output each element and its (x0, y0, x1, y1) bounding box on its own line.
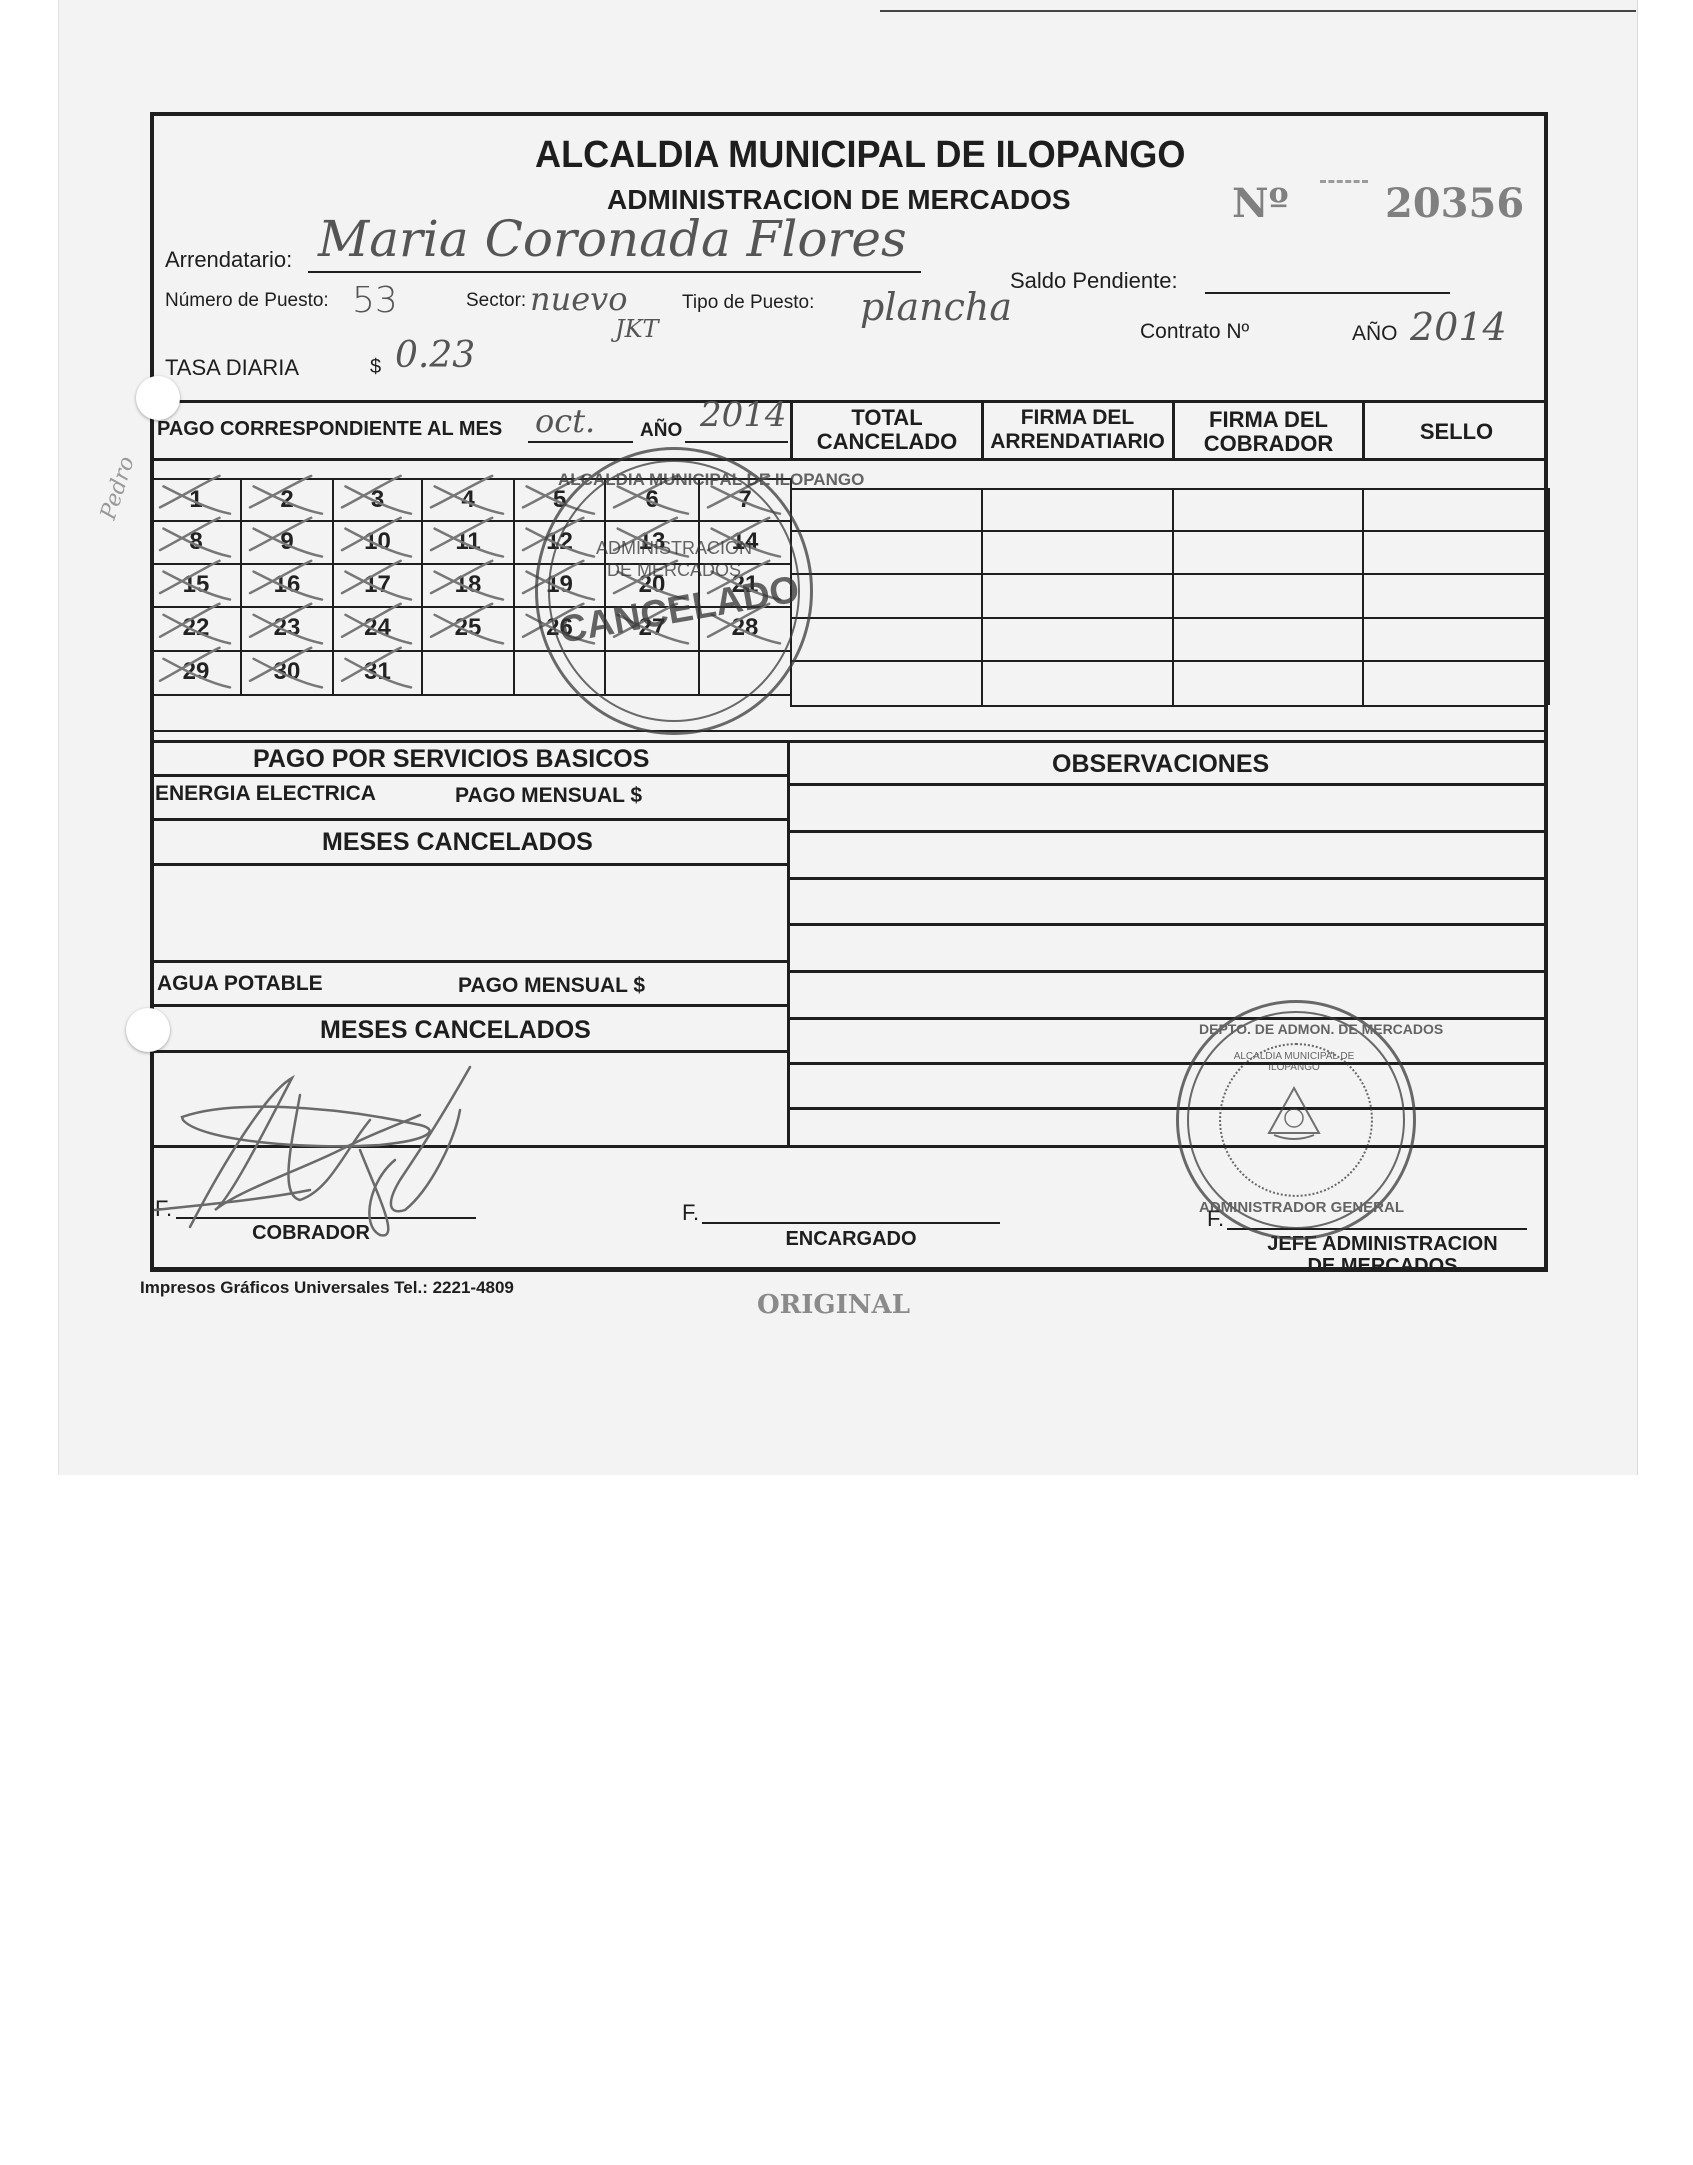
printer-credit: Impresos Gráficos Universales Tel.: 2221… (140, 1278, 514, 1298)
hole-punch (126, 1008, 170, 1052)
hole-punch (136, 376, 180, 420)
jefe-administracion-stamp: DEPTO. DE ADMON. DE MERCADOS ALCALDIA MU… (1176, 1000, 1416, 1240)
jefe-stamp-outer-text: DEPTO. DE ADMON. DE MERCADOS (1199, 1021, 1389, 1037)
copy-label: ORIGINAL (757, 1290, 910, 1320)
jefe-stamp-bottom-text: ADMINISTRADOR GENERAL (1199, 1199, 1389, 1216)
cobrador-signature (0, 0, 1693, 2165)
coat-of-arms-icon (1264, 1083, 1324, 1143)
jefe-stamp-inner-text: ALCALDIA MUNICIPAL DE ILOPANGO (1224, 1051, 1364, 1073)
